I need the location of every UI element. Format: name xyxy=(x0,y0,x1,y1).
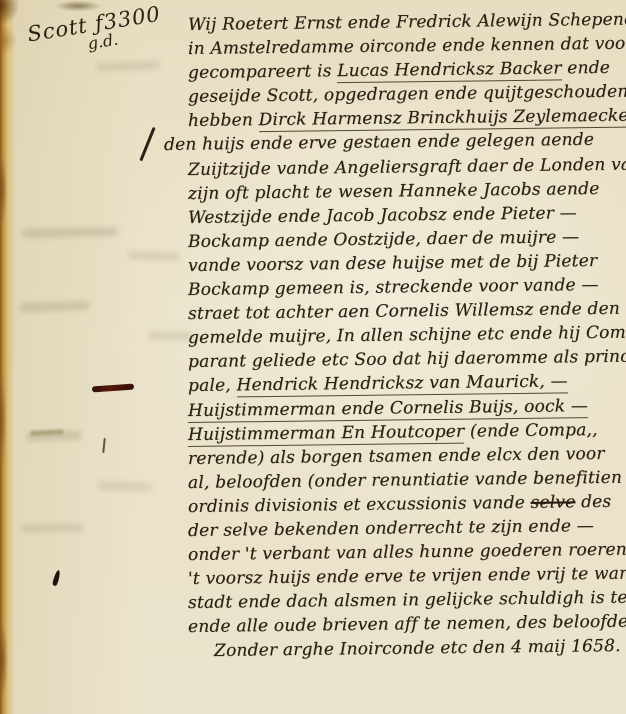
handwritten-text: Zonder arghe Inoirconde etc den 4 maij 1… xyxy=(214,636,621,661)
small-ink-stroke xyxy=(102,438,105,453)
margin-annotation: Scott ƒ3300 g.d. xyxy=(26,2,165,63)
underlined-name-text: Hendrick Hendricksz van Maurick, — xyxy=(236,372,568,398)
handwritten-text: pale, xyxy=(188,376,237,397)
handwritten-text: geseijde Scott, opgedragen ende quijtges… xyxy=(188,81,626,107)
margin-slash-mark xyxy=(139,127,155,161)
handwritten-text: hebben xyxy=(188,111,259,132)
handwritten-text: des xyxy=(575,492,611,512)
show-through-mark xyxy=(98,481,152,492)
handwritten-text: 't voorsz huijs ende erve te vrijen ende… xyxy=(188,564,626,590)
handwritten-text: (ende Compa,, xyxy=(464,420,598,442)
handwritten-text: vande voorsz van dese huijse met de bij … xyxy=(188,251,597,276)
handwritten-text: in Amstelredamme oirconde ende kennen da… xyxy=(188,33,626,59)
show-through-mark xyxy=(96,61,160,71)
show-through-mark xyxy=(148,332,192,341)
red-ink-dash-mark xyxy=(92,384,134,393)
handwritten-text: straet tot achter aen Cornelis Willemsz … xyxy=(188,299,620,324)
show-through-mark xyxy=(128,251,180,261)
handwritten-text: onder 't verbant van alles hunne goedere… xyxy=(188,539,626,565)
show-through-mark xyxy=(20,301,90,312)
handwritten-text: ordinis divisionis et excussionis vande xyxy=(188,493,531,517)
struck-out-text: selve xyxy=(530,492,575,513)
manuscript-page: Scott ƒ3300 g.d. Wij Roetert Ernst ende … xyxy=(0,0,626,714)
handwritten-text: den huijs ende erve gestaen ende gelegen… xyxy=(164,130,594,155)
handwritten-text: Wij Roetert Ernst ende Fredrick Alewijn … xyxy=(188,9,626,35)
handwritten-text: ende xyxy=(562,58,611,79)
handwritten-text: Zuijtzijde vande Angeliersgraft daer de … xyxy=(188,154,626,180)
handwritten-text: Bockamp gemeen is, streckende voor vande… xyxy=(188,275,599,300)
handwritten-text: gecompareert is xyxy=(188,61,337,83)
handwritten-text: stadt ende dach alsmen in gelijcke schul… xyxy=(188,587,626,613)
show-through-mark xyxy=(22,523,84,532)
underlined-name-text: Huijstimmerman En Houtcoper xyxy=(188,421,465,446)
handwritten-text: gemelde muijre, In allen schijne etc end… xyxy=(188,323,626,348)
handwritten-text: ende alle oude brieven aff te nemen, des… xyxy=(188,612,626,637)
handwritten-text: Bockamp aende Oostzijde, daer de muijre … xyxy=(188,227,579,252)
show-through-mark xyxy=(22,227,118,238)
handwritten-text: der selve bekenden onderrecht te zijn en… xyxy=(188,516,594,541)
handwritten-text: zijn oft placht te wesen Hanneke Jacobs … xyxy=(188,179,600,204)
handwritten-text: al, beloofden (onder renuntiatie vande b… xyxy=(188,467,626,493)
handwritten-text: rerende) als borgen tsamen ende elcx den… xyxy=(188,444,605,469)
underlined-name-text: Lucas Hendricksz Backer xyxy=(337,59,562,83)
manuscript-text-block: Wij Roetert Ernst ende Fredrick Alewijn … xyxy=(188,13,624,664)
ink-blot-mark xyxy=(52,570,61,587)
handwritten-text: Westzijde ende Jacob Jacobsz ende Pieter… xyxy=(188,203,577,228)
manuscript-line: Zonder arghe Inoirconde etc den 4 maij 1… xyxy=(214,634,624,663)
